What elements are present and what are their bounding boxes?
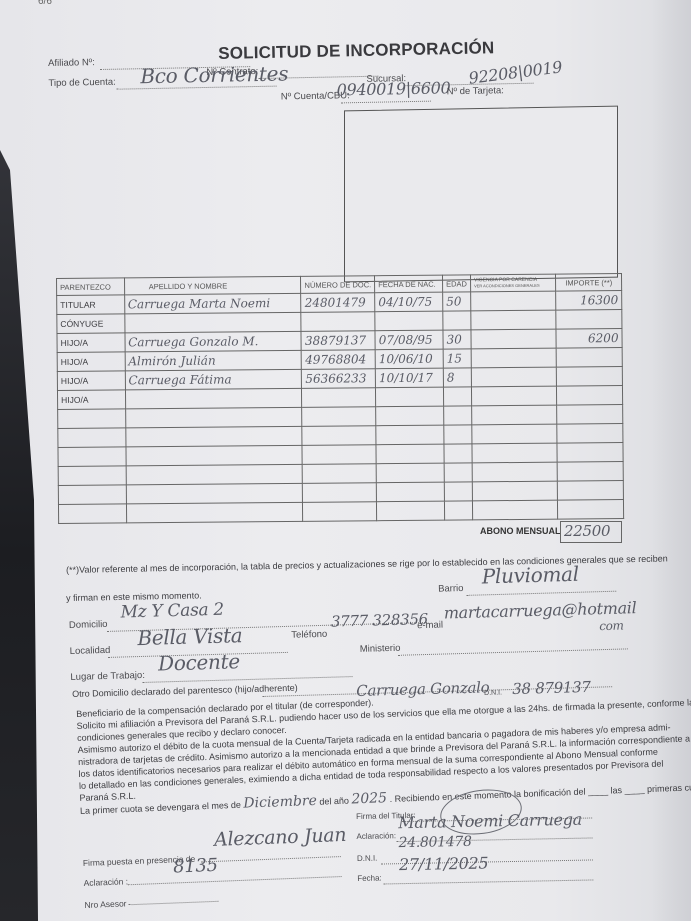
edad-cell[interactable] <box>444 501 472 520</box>
fecha-value: 27/11/2025 <box>399 853 489 874</box>
vigencia-cell[interactable] <box>472 462 558 482</box>
tipo-cuenta-label: Tipo de Cuenta: <box>48 77 115 89</box>
parentezco-cell[interactable]: HIJO/A <box>57 352 125 372</box>
paper-sheet: 6/6 SOLICITUD DE INCORPORACIÓN Afiliado … <box>0 0 691 921</box>
nombre-cell[interactable] <box>126 464 303 485</box>
fecha-cell[interactable] <box>376 482 444 502</box>
barrio-label: Barrio <box>438 583 464 595</box>
importe-cell[interactable] <box>558 481 624 501</box>
nombre-cell[interactable]: Carruega Marta Noemi <box>124 293 301 314</box>
nombre-cell[interactable] <box>124 312 301 333</box>
vigencia-cell[interactable] <box>472 443 558 463</box>
anio-value: 2025 <box>351 790 387 807</box>
doc-cell[interactable] <box>302 445 376 465</box>
asesor-field[interactable] <box>128 891 218 905</box>
importe-cell[interactable] <box>557 443 623 463</box>
nombre-cell[interactable] <box>125 407 302 428</box>
asesor-signature-block: Firma puesta en presencia de Alezcano Ju… <box>82 830 355 920</box>
parentezco-cell[interactable] <box>58 428 126 448</box>
parentezco-cell[interactable] <box>58 504 126 524</box>
aclaracion-asesor-value: 8135 <box>173 855 218 878</box>
col-vigencia: VIGENCIA POR CARENCIA VER ACONDICIONES G… <box>470 274 556 292</box>
nombre-cell[interactable]: Almirón Julián <box>125 350 302 371</box>
aclaracion-titular-value: Marta Noemi Carruega <box>398 810 582 833</box>
doc-cell[interactable] <box>302 426 376 446</box>
nombre-cell[interactable] <box>126 483 303 504</box>
nombre-cell[interactable] <box>126 502 303 523</box>
fecha-label: Fecha: <box>357 874 382 883</box>
doc-cell[interactable]: 56366233 <box>302 369 376 389</box>
aclaracion-asesor-field[interactable] <box>127 866 341 885</box>
localidad-value: Bella Vista <box>137 623 243 650</box>
table-row <box>58 500 623 524</box>
localidad-label: Localidad <box>70 645 111 657</box>
primer-cuota-mes: Diciembre <box>243 793 317 812</box>
edad-cell[interactable]: 50 <box>443 292 471 311</box>
parentezco-cell[interactable]: HIJO/A <box>57 371 125 391</box>
email-value-2: com <box>599 619 624 634</box>
vigencia-cell[interactable] <box>471 348 557 368</box>
contact-block: Barrio Pluviomal Domicilio Mz Y Casa 2 T… <box>68 574 641 690</box>
ministerio-field[interactable] <box>398 638 628 655</box>
dni-label: D.N.I. <box>357 854 378 863</box>
tipo-cuenta-value: Bco Corrientes <box>140 61 288 88</box>
telefono-value: 3777 328356 <box>331 610 428 631</box>
fecha-cell[interactable]: 10/10/17 <box>375 368 443 388</box>
vigencia-cell[interactable] <box>471 291 557 311</box>
importe-cell[interactable] <box>557 386 623 406</box>
barrio-value: Pluviomal <box>481 562 579 589</box>
anio-label: del año <box>319 796 349 807</box>
vigencia-cell[interactable] <box>471 329 557 349</box>
importe-cell[interactable]: 6200 <box>556 329 622 349</box>
parentezco-cell[interactable] <box>58 447 126 467</box>
edad-cell[interactable] <box>444 482 472 501</box>
cuenta-value: 0940019|6600 <box>336 78 450 99</box>
vigencia-cell[interactable] <box>472 481 558 501</box>
col-parentezco: PARENTEZCO <box>57 278 125 296</box>
nombre-cell[interactable]: Carruega Fátima <box>125 369 302 390</box>
edad-cell[interactable] <box>443 311 471 330</box>
parentezco-cell[interactable] <box>58 409 126 429</box>
importe-cell[interactable] <box>556 310 622 330</box>
doc-cell[interactable] <box>303 483 377 503</box>
edad-cell[interactable] <box>444 425 472 444</box>
photo-box <box>344 106 618 283</box>
dni-value: 24.801478 <box>398 834 471 851</box>
col-doc: NÚMERO DE DOC. <box>301 276 375 294</box>
parentezco-cell[interactable]: HIJO/A <box>57 333 125 353</box>
parentezco-cell[interactable] <box>58 466 126 486</box>
table-body: TITULARCarruega Marta Noemi2480147904/10… <box>57 291 624 524</box>
form-title: SOLICITUD DE INCORPORACIÓN <box>218 38 495 64</box>
vigencia-cell[interactable] <box>471 367 557 387</box>
doc-cell[interactable] <box>303 464 377 484</box>
trabajo-label: Lugar de Trabajo: <box>70 670 145 683</box>
vigencia-cell[interactable] <box>472 500 558 520</box>
ministerio-label: Ministerio <box>360 643 401 655</box>
vigencia-cell[interactable] <box>472 405 558 425</box>
fecha-cell[interactable] <box>376 425 444 445</box>
nombre-cell[interactable]: Carruega Gonzalo M. <box>125 331 302 352</box>
col-nombre: APELLIDO Y NOMBRE <box>124 276 301 295</box>
fecha-cell[interactable] <box>376 387 444 407</box>
domicilio-value: Mz Y Casa 2 <box>120 600 224 623</box>
edad-cell[interactable] <box>444 406 472 425</box>
doc-cell[interactable]: 49768804 <box>302 350 376 370</box>
col-fecha: FECHA DE NAC. <box>375 275 443 293</box>
fecha-cell[interactable] <box>376 406 444 426</box>
edad-cell[interactable] <box>444 463 472 482</box>
importe-cell[interactable] <box>557 424 623 444</box>
parentezco-cell[interactable]: CÓNYUGE <box>57 314 125 334</box>
fecha-cell[interactable]: 10/06/10 <box>375 349 443 369</box>
importe-cell[interactable] <box>558 500 624 520</box>
vigencia-cell[interactable] <box>471 386 557 406</box>
doc-cell[interactable] <box>303 502 377 522</box>
legal-text: Beneficiario de la compensación declarad… <box>76 684 691 817</box>
importe-cell[interactable] <box>557 367 623 387</box>
fecha-cell[interactable] <box>375 311 443 331</box>
doc-cell[interactable]: 24801479 <box>301 293 375 313</box>
vigencia-cell[interactable] <box>472 424 558 444</box>
page-indicator: 6/6 <box>38 0 52 7</box>
parentezco-cell[interactable] <box>58 485 126 505</box>
parentezco-cell[interactable]: HIJO/A <box>57 390 125 410</box>
importe-cell[interactable] <box>557 405 623 425</box>
doc-cell[interactable] <box>301 312 375 332</box>
importe-cell[interactable]: 16300 <box>556 291 622 311</box>
abono-label: ABONO MENSUAL <box>480 526 561 536</box>
titular-signature-block: Firma del Titular: Aclaración: Marta Noe… <box>356 807 618 902</box>
email-label: e-mail <box>417 620 443 632</box>
importe-cell[interactable] <box>558 462 624 482</box>
doc-cell[interactable] <box>302 407 376 427</box>
fecha-cell[interactable]: 07/08/95 <box>375 330 443 350</box>
nombre-cell[interactable] <box>126 445 303 466</box>
trabajo-value: Docente <box>158 649 240 675</box>
importe-cell[interactable] <box>557 348 623 368</box>
vigencia-cell[interactable] <box>471 310 557 330</box>
nombre-cell[interactable] <box>125 426 302 447</box>
doc-cell[interactable]: 38879137 <box>301 331 375 351</box>
domicilio-label: Domicilio <box>69 619 108 631</box>
asesor-label: Nro Asesor <box>84 898 126 910</box>
afiliado-label: Afiliado Nº: <box>48 57 95 69</box>
fecha-cell[interactable]: 04/10/75 <box>375 292 443 312</box>
abono-value: 22500 <box>564 522 610 540</box>
col-edad: EDAD <box>442 275 470 292</box>
doc-cell[interactable] <box>302 388 376 408</box>
col-vigencia-sub: VER ACONDICIONES GENERALES <box>474 283 553 290</box>
col-importe: IMPORTE (**) <box>556 274 622 292</box>
telefono-label: Teléfono <box>291 629 327 641</box>
parentezco-cell[interactable]: TITULAR <box>57 295 125 315</box>
members-table: PARENTEZCO APELLIDO Y NOMBRE NÚMERO DE D… <box>56 273 624 524</box>
edad-cell[interactable]: 15 <box>443 349 471 368</box>
primer-cuota-label: La primer cuota se devengara el mes de <box>80 800 241 816</box>
fecha-cell[interactable] <box>377 501 445 521</box>
edad-cell[interactable] <box>444 444 472 463</box>
fecha-cell[interactable] <box>376 463 444 483</box>
aclaracion-titular-label: Aclaración: <box>356 831 396 841</box>
edad-cell[interactable] <box>443 387 471 406</box>
aclaracion-asesor-label: Aclaración : <box>83 876 128 888</box>
fecha-cell[interactable] <box>376 444 444 464</box>
nombre-cell[interactable] <box>125 388 302 409</box>
edad-cell[interactable]: 30 <box>443 330 471 349</box>
edad-cell[interactable]: 8 <box>443 368 471 387</box>
